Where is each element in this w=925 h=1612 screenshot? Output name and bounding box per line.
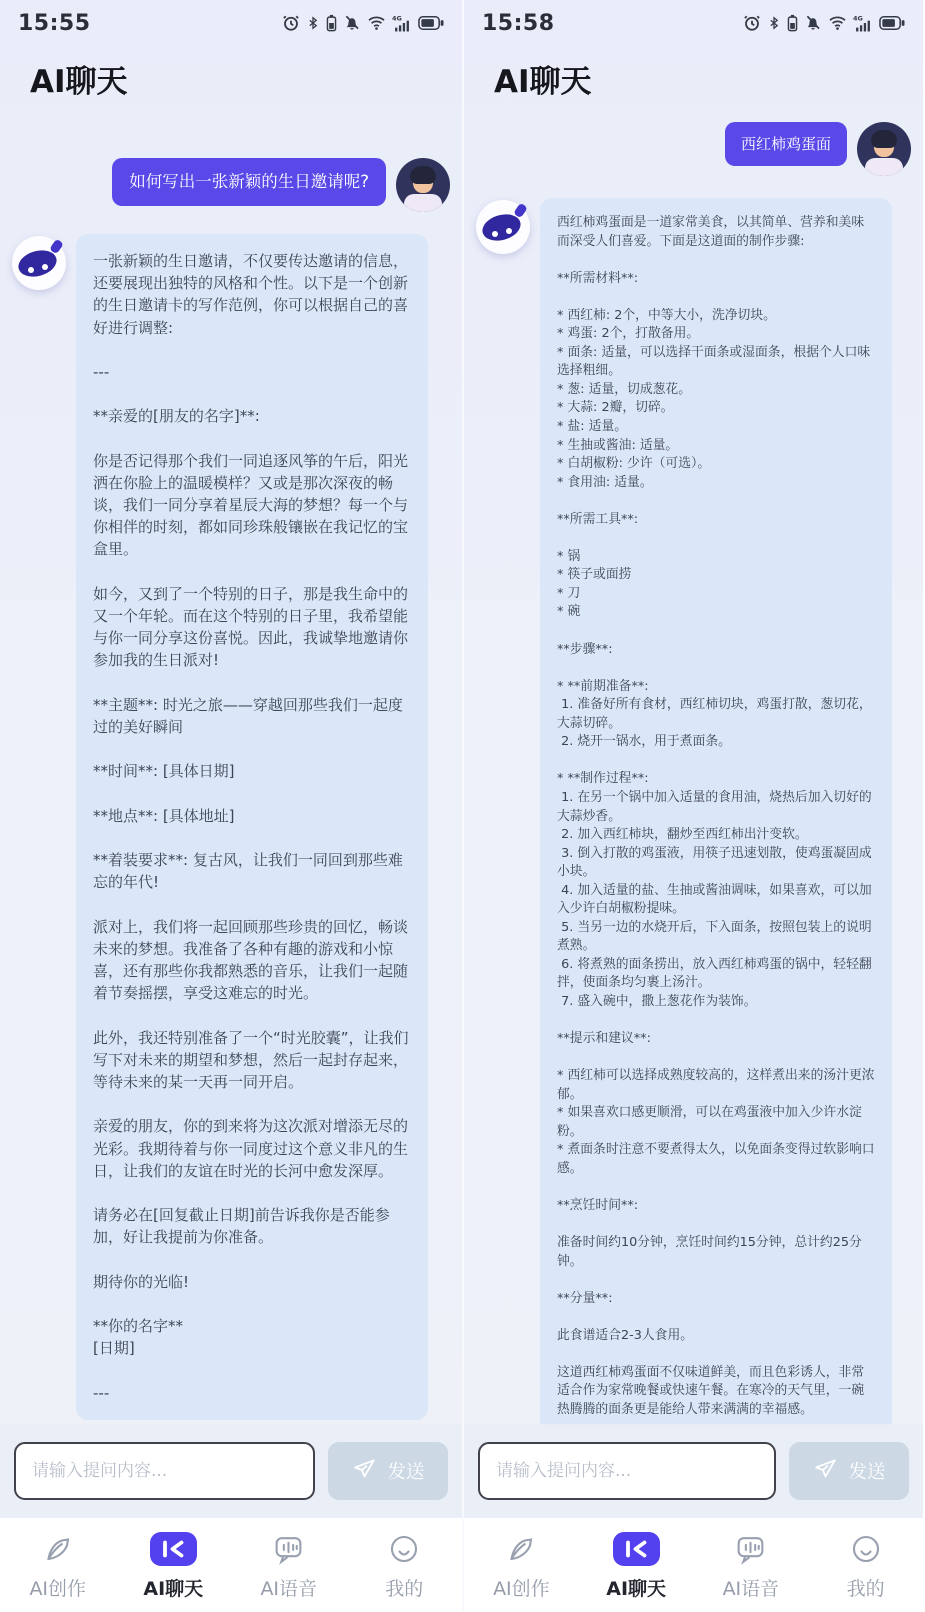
alarm-icon — [282, 14, 300, 32]
question-input[interactable] — [14, 1442, 315, 1500]
mute-icon — [343, 14, 361, 32]
ai-message-row: 西红柿鸡蛋面是一道家常美食，以其简单、营养和美味而深受人们喜爱。下面是这道面的制… — [476, 198, 911, 1428]
nav-label: AI聊天 — [606, 1574, 666, 1601]
send-label: 发送 — [848, 1458, 885, 1484]
chat-area: 如何写出一张新颖的生日邀请呢? 一张新颖的生日邀请，不仅要传达邀请的信息，还要展… — [0, 118, 462, 1428]
nav-label: AI创作 — [493, 1574, 550, 1601]
bluetooth-icon — [767, 14, 781, 32]
user-avatar — [857, 122, 911, 176]
send-button[interactable]: 发送 — [328, 1442, 448, 1500]
ai-message-row: 一张新颖的生日邀请，不仅要传达邀请的信息，还要展现出独特的风格和个性。以下是一个… — [12, 234, 450, 1420]
nav-label: AI创作 — [29, 1574, 86, 1601]
avatar-shirt — [404, 194, 442, 212]
signal-4g-icon: 4G — [853, 14, 873, 32]
status-icons: 4G — [282, 14, 444, 32]
rewind-logo-icon — [150, 1531, 197, 1567]
nav-label: 我的 — [385, 1574, 423, 1601]
page-title: AI聊天 — [494, 56, 592, 101]
robot-avatar-icon — [12, 236, 66, 290]
paper-plane-icon — [351, 1456, 377, 1487]
user-message-row: 西红柿鸡蛋面 — [476, 122, 911, 176]
page-title: AI聊天 — [30, 56, 128, 101]
input-bar: 发送 — [0, 1424, 462, 1518]
voice-bubble-icon — [734, 1531, 767, 1567]
status-bar: 15:55 4G — [0, 0, 462, 46]
svg-text:4G: 4G — [853, 15, 863, 23]
phone-screen-left: 15:55 4G AI聊天 如何写出一张新颖的生日邀请呢? — [0, 0, 462, 1612]
bluetooth-icon — [306, 14, 320, 32]
mute-icon — [804, 14, 822, 32]
bottom-nav: AI创作 AI聊天 AI语音 我的 — [464, 1518, 923, 1612]
nav-label: AI语音 — [260, 1574, 317, 1601]
input-bar: 发送 — [464, 1424, 923, 1518]
nav-item-profile[interactable]: 我的 — [808, 1531, 923, 1601]
nav-item-ai-create[interactable]: AI创作 — [464, 1531, 579, 1601]
ai-message-bubble: 西红柿鸡蛋面是一道家常美食，以其简单、营养和美味而深受人们喜爱。下面是这道面的制… — [540, 198, 892, 1428]
wifi-icon — [367, 15, 386, 31]
nav-item-ai-create[interactable]: AI创作 — [0, 1531, 116, 1601]
alarm-icon — [743, 14, 761, 32]
signal-4g-icon: 4G — [392, 14, 412, 32]
status-time: 15:55 — [18, 11, 91, 36]
nav-item-ai-voice[interactable]: AI语音 — [231, 1531, 347, 1601]
user-message-bubble: 如何写出一张新颖的生日邀请呢? — [112, 158, 386, 206]
nav-item-ai-chat[interactable]: AI聊天 — [116, 1531, 232, 1601]
robot-avatar-icon — [476, 200, 530, 254]
nav-label: AI聊天 — [143, 1574, 203, 1601]
quill-icon — [42, 1531, 74, 1567]
avatar-shirt — [865, 158, 903, 176]
battery-saver-icon — [787, 14, 798, 32]
nav-item-ai-chat[interactable]: AI聊天 — [579, 1531, 694, 1601]
battery-icon — [879, 15, 905, 31]
status-icons: 4G — [743, 14, 905, 32]
nav-label: AI语音 — [723, 1574, 780, 1601]
profile-icon — [388, 1531, 420, 1567]
battery-saver-icon — [326, 14, 337, 32]
nav-item-profile[interactable]: 我的 — [347, 1531, 463, 1601]
battery-icon — [418, 15, 444, 31]
status-time: 15:58 — [482, 11, 555, 36]
chat-area: 西红柿鸡蛋面 西红柿鸡蛋面是一道家常美食，以其简单、营养和美味而深受人们喜爱。下… — [464, 118, 923, 1428]
rewind-logo-icon — [613, 1531, 660, 1567]
quill-icon — [505, 1531, 537, 1567]
user-message-row: 如何写出一张新颖的生日邀请呢? — [12, 158, 450, 212]
send-label: 发送 — [387, 1458, 424, 1484]
status-bar: 15:58 4G — [464, 0, 923, 46]
ai-message-bubble: 一张新颖的生日邀请，不仅要传达邀请的信息，还要展现出独特的风格和个性。以下是一个… — [76, 234, 428, 1420]
svg-text:4G: 4G — [392, 15, 402, 23]
profile-icon — [850, 1531, 882, 1567]
phone-screen-right: 15:58 4G AI聊天 西红柿鸡蛋面 — [462, 0, 923, 1612]
user-avatar — [396, 158, 450, 212]
question-input[interactable] — [478, 1442, 776, 1500]
nav-label: 我的 — [847, 1574, 885, 1601]
send-button[interactable]: 发送 — [789, 1442, 909, 1500]
nav-item-ai-voice[interactable]: AI语音 — [694, 1531, 809, 1601]
avatar-hair — [410, 166, 436, 184]
user-message-bubble: 西红柿鸡蛋面 — [725, 122, 847, 166]
wifi-icon — [828, 15, 847, 31]
bottom-nav: AI创作 AI聊天 AI语音 我的 — [0, 1518, 462, 1612]
voice-bubble-icon — [272, 1531, 305, 1567]
paper-plane-icon — [812, 1456, 838, 1487]
avatar-hair — [871, 130, 897, 148]
